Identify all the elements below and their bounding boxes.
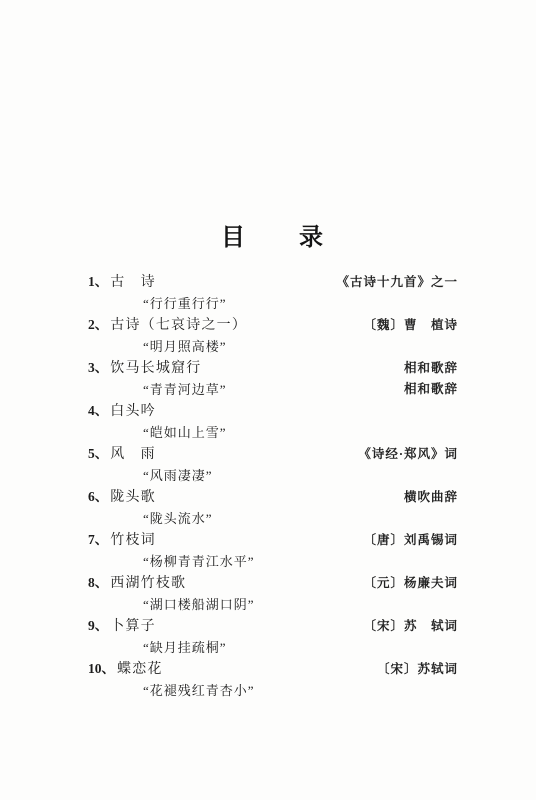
entry-title: 古诗（七哀诗之一） xyxy=(110,318,247,333)
entry-attribution: 〔元〕杨廉夫词 xyxy=(363,573,458,591)
entry-attribution: 《诗经·郑风》词 xyxy=(358,444,458,462)
toc-entry: 2、古诗（七哀诗之一） 〔魏〕曹 植诗 “明月照高楼” xyxy=(88,313,458,356)
toc-entry: 7、竹枝词 〔唐〕刘禹锡词 “杨柳青青江水平” xyxy=(88,528,458,571)
entry-attribution: 〔宋〕苏轼词 xyxy=(377,659,458,677)
entry-number: 1、 xyxy=(88,274,108,289)
entry-number: 7、 xyxy=(88,532,108,547)
toc-entry: 3、饮马长城窟行 相和歌辞 “青青河边草” 相和歌辞 xyxy=(88,356,458,399)
entry-title: 风 雨 xyxy=(110,447,156,462)
entry-first-line: “湖口楼船湖口阴” xyxy=(88,594,255,613)
toc-entry: 5、风 雨 《诗经·郑风》词 “风雨凄凄” xyxy=(88,442,458,485)
entry-title: 白头吟 xyxy=(110,404,156,419)
toc-title: 目 录 xyxy=(88,222,458,254)
entry-attribution: 〔唐〕刘禹锡词 xyxy=(363,530,458,548)
entry-first-line: “花褪残红青杏小” xyxy=(88,680,255,699)
entry-number: 6、 xyxy=(88,489,108,504)
toc-entry: 6、陇头歌 横吹曲辞 “陇头流水” xyxy=(88,485,458,528)
toc-entry: 10、蝶恋花 〔宋〕苏轼词 “花褪残红青杏小” xyxy=(88,657,458,700)
table-of-contents: 目 录 1、古 诗 《古诗十九首》之一 “行行重行行” 2、古诗（七哀诗之一） … xyxy=(88,222,458,700)
toc-entry: 4、白头吟 “皑如山上雪” xyxy=(88,399,458,442)
entry-first-line: “缺月挂疏桐” xyxy=(88,637,227,656)
entry-number: 3、 xyxy=(88,360,108,375)
entry-title: 竹枝词 xyxy=(110,533,156,548)
entry-number: 10、 xyxy=(88,661,115,676)
entry-number: 8、 xyxy=(88,575,108,590)
entry-attribution: 〔魏〕曹 植诗 xyxy=(363,315,458,333)
entry-title: 蝶恋花 xyxy=(117,662,163,677)
entry-title: 西湖竹枝歌 xyxy=(110,576,186,591)
entry-first-line-attribution: 相和歌辞 xyxy=(404,379,458,397)
entry-title: 饮马长城窟行 xyxy=(110,361,201,376)
entry-first-line: “行行重行行” xyxy=(88,293,227,312)
entry-attribution: 横吹曲辞 xyxy=(404,487,458,505)
toc-entry: 9、卜算子 〔宋〕苏 轼词 “缺月挂疏桐” xyxy=(88,614,458,657)
entry-first-line: “陇头流水” xyxy=(88,508,213,527)
entry-number: 2、 xyxy=(88,317,108,332)
entry-attribution: 〔宋〕苏 轼词 xyxy=(363,616,458,634)
entry-first-line: “青青河边草” xyxy=(88,379,227,398)
entry-first-line: “明月照高楼” xyxy=(88,336,227,355)
toc-entry: 8、西湖竹枝歌 〔元〕杨廉夫词 “湖口楼船湖口阴” xyxy=(88,571,458,614)
entry-title: 古 诗 xyxy=(110,275,156,290)
entry-first-line: “杨柳青青江水平” xyxy=(88,551,255,570)
entry-first-line: “风雨凄凄” xyxy=(88,465,213,484)
toc-entry: 1、古 诗 《古诗十九首》之一 “行行重行行” xyxy=(88,270,458,313)
entry-title: 卜算子 xyxy=(110,619,156,634)
entry-first-line: “皑如山上雪” xyxy=(88,422,227,441)
entry-number: 5、 xyxy=(88,446,108,461)
entry-number: 4、 xyxy=(88,403,108,418)
entry-number: 9、 xyxy=(88,618,108,633)
entry-attribution: 相和歌辞 xyxy=(404,358,458,376)
entry-attribution: 《古诗十九首》之一 xyxy=(336,272,458,290)
scanned-page: 目 录 1、古 诗 《古诗十九首》之一 “行行重行行” 2、古诗（七哀诗之一） … xyxy=(0,0,536,800)
entry-title: 陇头歌 xyxy=(110,490,156,505)
